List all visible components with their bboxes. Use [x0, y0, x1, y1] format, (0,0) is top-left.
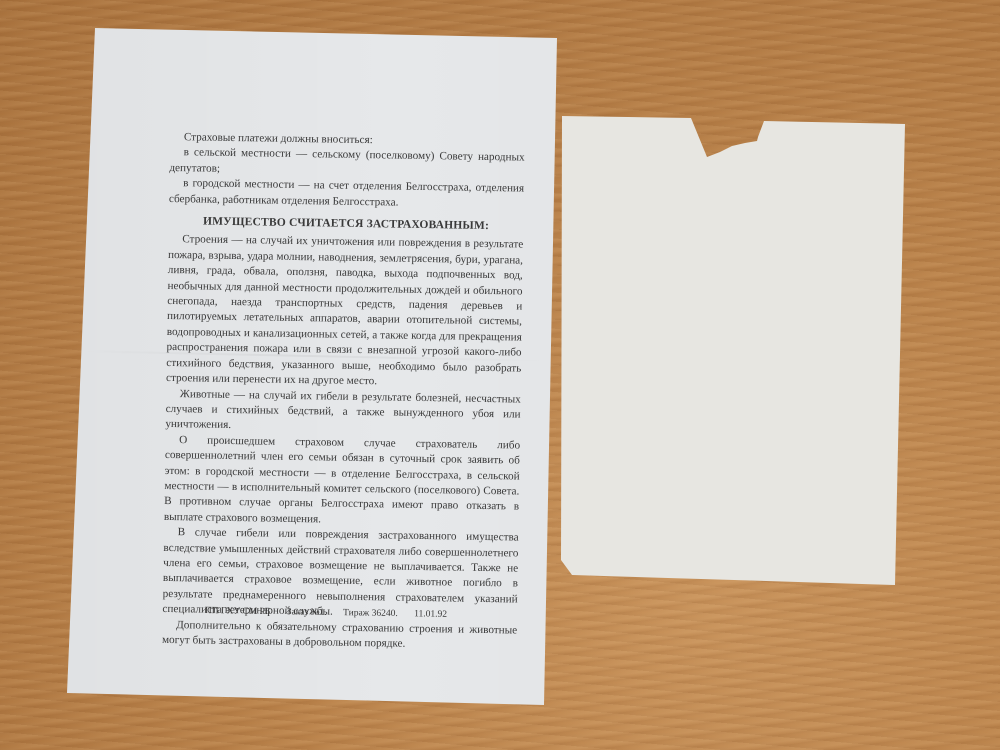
body-paragraph: Животные — на случай их гибели в результ…: [165, 386, 521, 438]
imprint-date: 11.01.92: [414, 609, 447, 620]
imprint-printer: ПП ГХУ СМ РБ: [205, 606, 271, 617]
intro-paragraph: в городской местности — на счет отделени…: [169, 176, 524, 212]
imprint-order: Заказ №1.: [287, 607, 327, 618]
body-paragraph: О происшедшем страховом случае страховат…: [164, 433, 520, 531]
body-paragraph: Дополнительно к обязательному страховани…: [162, 618, 517, 654]
body-paragraph: Строения — на случай их уничтожения или …: [166, 232, 523, 392]
leaflet-text: Страховые платежи должны вноситься: в се…: [162, 130, 525, 654]
imprint-circulation: Тираж 36240.: [343, 608, 398, 619]
section-heading: ИМУЩЕСТВО СЧИТАЕТСЯ ЗАСТРАХОВАННЫМ:: [168, 214, 523, 235]
